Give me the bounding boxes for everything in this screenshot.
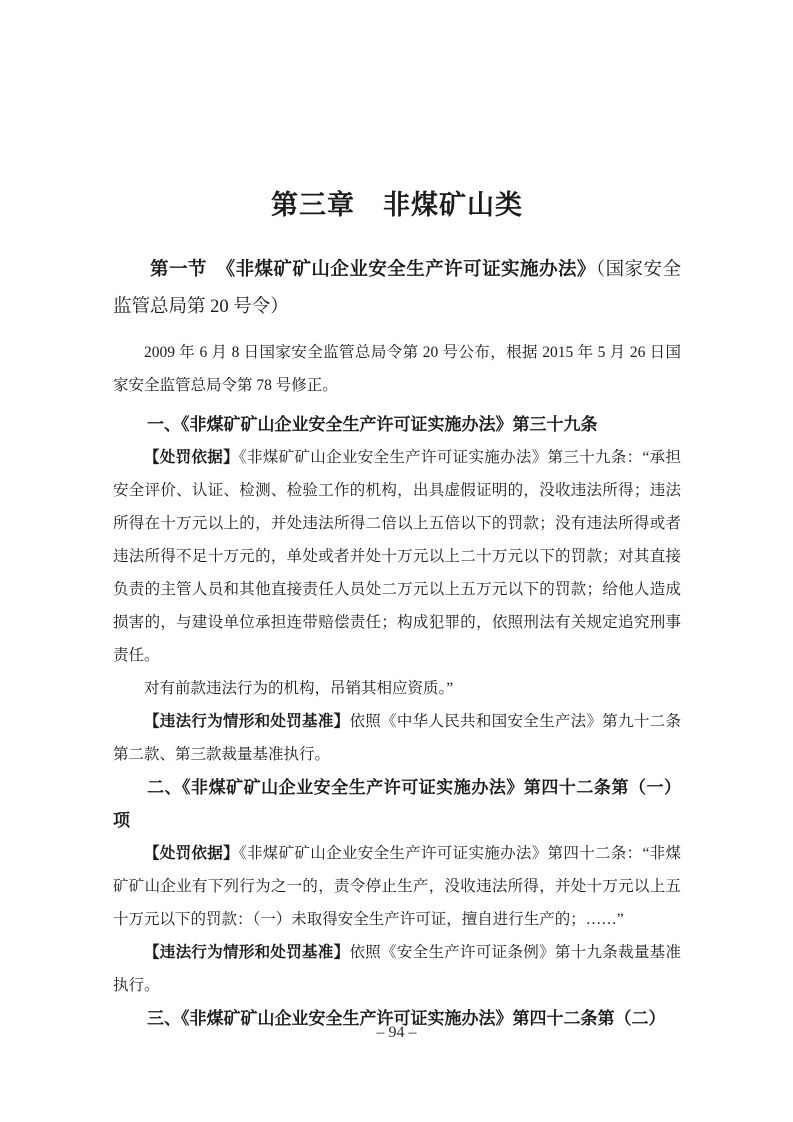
section-heading: 第一节 《非煤矿矿山企业安全生产许可证实施办法》（国家安全监管总局第 20 号令… <box>113 252 681 326</box>
penalty-basis-label: 【处罚依据】 <box>144 845 239 862</box>
document-page: 第三章 非煤矿山类 第一节 《非煤矿矿山企业安全生产许可证实施办法》（国家安全监… <box>0 0 793 1122</box>
item-1-paragraph-continuation: 对有前款违法行为的机构，吊销其相应资质。” <box>113 672 681 705</box>
item-2-paragraph-violation-standard: 【违法行为情形和处罚基准】依照《安全生产许可证条例》第十九条裁量基准执行。 <box>113 936 681 1002</box>
violation-standard-label: 【违法行为情形和处罚基准】 <box>144 944 349 961</box>
page-number: – 94 – <box>0 1022 793 1044</box>
violation-standard-label: 【违法行为情形和处罚基准】 <box>144 713 349 730</box>
intro-paragraph: 2009 年 6 月 8 日国家安全监管总局令第 20 号公布，根据 2015 … <box>113 336 681 402</box>
item-1-paragraph-violation-standard: 【违法行为情形和处罚基准】依照《中华人民共和国安全生产法》第九十二条第二款、第三… <box>113 705 681 771</box>
item-2-heading: 二、《非煤矿矿山企业安全生产许可证实施办法》第四十二条第（一）项 <box>113 771 681 837</box>
item-1-heading: 一、《非煤矿矿山企业安全生产许可证实施办法》第三十九条 <box>113 408 681 441</box>
section-heading-title: 第一节 《非煤矿矿山企业安全生产许可证实施办法》 <box>150 260 596 280</box>
page-content: 第三章 非煤矿山类 第一节 《非煤矿矿山企业安全生产许可证实施办法》（国家安全监… <box>113 0 681 1035</box>
chapter-title: 第三章 非煤矿山类 <box>113 188 681 222</box>
penalty-basis-label: 【处罚依据】 <box>144 449 239 466</box>
penalty-basis-text: 《非煤矿矿山企业安全生产许可证实施办法》第三十九条：“承担安全评价、认证、检测、… <box>113 449 681 664</box>
item-2-paragraph-penalty-basis: 【处罚依据】《非煤矿矿山企业安全生产许可证实施办法》第四十二条：“非煤矿矿山企业… <box>113 837 681 936</box>
item-1-paragraph-penalty-basis: 【处罚依据】《非煤矿矿山企业安全生产许可证实施办法》第三十九条：“承担安全评价、… <box>113 441 681 672</box>
